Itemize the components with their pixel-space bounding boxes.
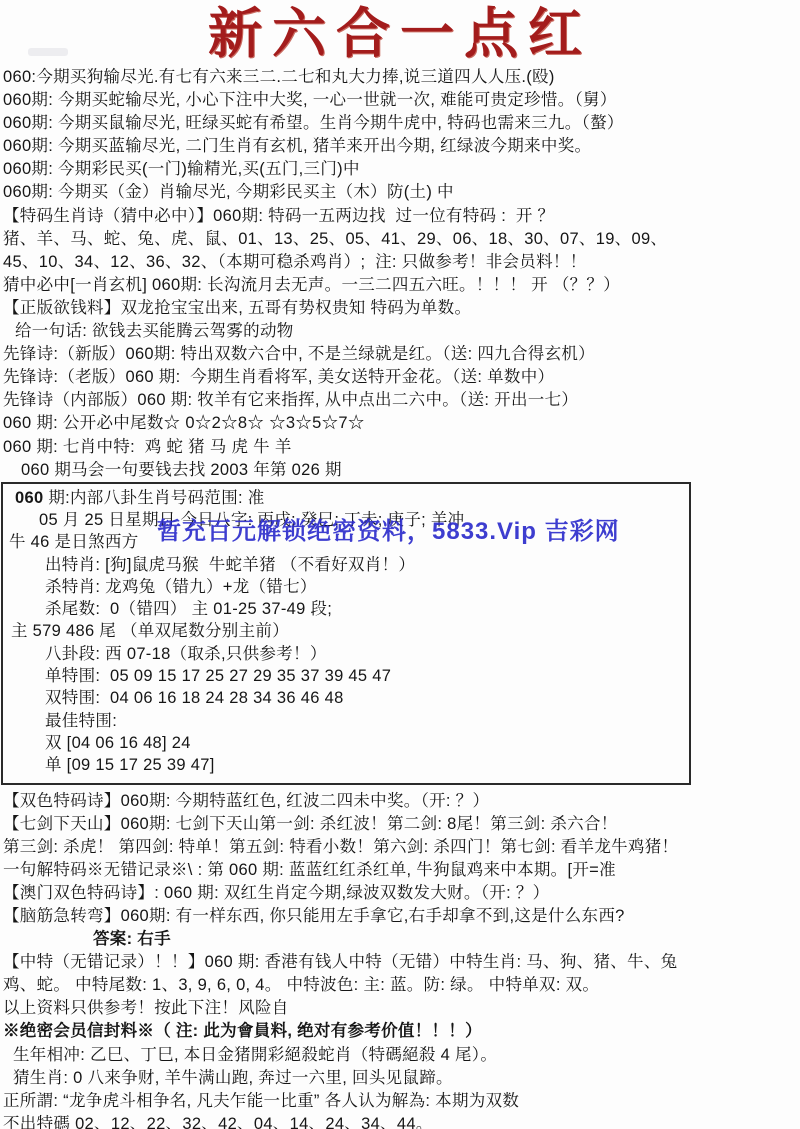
- text-line: 不出特碼 02、12、22、32、42、04、14、24、34、44。: [3, 1113, 800, 1129]
- text-line: 猜生肖: 0 八来争财, 羊牛满山跑, 奔过一六里, 回头见鼠蹄。: [3, 1067, 800, 1090]
- vip-watermark-text: 暂充百元解锁绝密资料，5833.Vip 吉彩网: [157, 511, 620, 546]
- text-line: 双特围: 04 06 16 18 24 28 34 36 46 48: [9, 687, 685, 709]
- text-segment: 猜中必中[一肖玄机] 060期: 长沟流月去无声。一三二四五六旺。！！！ 开 （…: [3, 276, 620, 294]
- text-line: 鸡、蛇。 中特尾数: 1、3, 9, 6, 0, 4。 中特波色: 主: 蓝。防…: [3, 974, 800, 997]
- text-segment: 答案: 右手: [93, 930, 171, 948]
- text-line: 猪、羊、马、蛇、兔、虎、鼠、01、13、25、05、41、29、06、18、30…: [3, 228, 800, 251]
- text-segment: 060 期: 公开必中尾数☆ 0☆2☆8☆ ☆3☆5☆7☆: [3, 414, 365, 432]
- text-line: 单 [09 15 17 25 39 47]: [9, 754, 685, 776]
- page-title: 新六合一点红: [0, 0, 800, 66]
- text-segment: 先锋诗:（老版）060 期: 今期生肖看将军, 美女送特开金花。（送: 单数中）: [3, 368, 554, 386]
- text-segment: 给一句话: 欲钱去买能腾云驾雾的动物: [15, 322, 294, 340]
- text-line: 060:今期买狗输尽光.有七有六来三二.二七和丸大力捧,说三道四人人压.(殴): [3, 66, 800, 89]
- text-segment: 060期: 今期买（金）肖输尽光, 今期彩民买主（木）防(土) 中: [3, 183, 454, 201]
- text-line: 【七剑下天山】060期: 七剑下天山第一剑: 杀红波！第二剑: 8尾！第三剑: …: [3, 813, 800, 836]
- text-segment: 最佳特围:: [45, 712, 117, 730]
- text-segment: 060 期: 七肖中特: 鸡 蛇 猪 马 虎 牛 羊: [3, 438, 292, 456]
- text-segment: 双 [04 06 16 48] 24: [45, 734, 191, 752]
- text-line: 060 期马会一句要钱去找 2003 年第 026 期: [3, 459, 800, 482]
- text-line: 【脑筋急转弯】060期: 有一样东西, 你只能用左手拿它,右手却拿不到,这是什么…: [3, 905, 800, 928]
- text-segment: 一句解特码※无错记录※\ : 第 060 期: 蓝蓝红红杀红单, 牛狗鼠鸡来中本…: [3, 861, 616, 879]
- text-line: 杀尾数: 0（错四） 主 01-25 37-49 段;: [9, 598, 685, 620]
- text-line: 正所謂: “龙争虎斗相争名, 凡夫乍能一比重” 各人认为解為: 本期为双数: [3, 1090, 800, 1113]
- text-line: 第三剑: 杀虎！ 第四剑: 特单！第五剑: 特看小数！第六剑: 杀四门！第七剑:…: [3, 836, 800, 859]
- text-segment: 060: [15, 489, 43, 507]
- text-segment: 单 [09 15 17 25 39 47]: [45, 756, 215, 774]
- text-line: 【澳门双色特码诗】: 060 期: 双红生肖定今期,绿波双数发大财。（开: ？）: [3, 882, 800, 905]
- text-segment: 060期: 今期买蓝输尽光, 二门生肖有玄机, 猪羊来开出今期, 红绿波今期来中…: [3, 137, 591, 155]
- text-segment: 第三剑: 杀虎！ 第四剑: 特单！第五剑: 特看小数！第六剑: 杀四门！第七剑:…: [3, 838, 678, 856]
- text-line: ※绝密会员信封料※（ 注: 此为會員料, 绝对有参考价值！！！）: [3, 1020, 800, 1043]
- text-line: 060期: 今期彩民买(一门)输精光,买(五门,三门)中: [3, 158, 800, 181]
- text-segment: 猪、羊、马、蛇、兔、虎、鼠、01、13、25、05、41、29、06、18、30…: [3, 230, 667, 248]
- bottom-section: 【双色特码诗】060期: 今期特蓝红色, 红波二四未中奖。（开: ？）【七剑下天…: [0, 785, 800, 1129]
- text-line: 先锋诗:（新版）060期: 特出双数六合中, 不是兰绿就是红。（送: 四九合得玄…: [3, 343, 800, 366]
- text-segment: 八卦段: 西 07-18（取杀,只供参考！）: [45, 645, 327, 663]
- text-segment: 主 579 486 尾 （单双尾数分别主前）: [11, 622, 289, 640]
- text-segment: 出特肖: [狗]鼠虎马猴 牛蛇羊猪 （不看好双肖！）: [45, 556, 415, 574]
- text-segment: 【脑筋急转弯】060期: 有一样东西, 你只能用左手拿它,右手却拿不到,这是什么…: [3, 907, 625, 925]
- text-line: 060期: 今期买蓝输尽光, 二门生肖有玄机, 猪羊来开出今期, 红绿波今期来中…: [3, 135, 800, 158]
- text-segment: 先锋诗（内部版）060 期: 牧羊有它来指挥, 从中点出二六中。（送: 开出一七…: [3, 391, 578, 409]
- text-line: 060 期: 七肖中特: 鸡 蛇 猪 马 虎 牛 羊: [3, 436, 800, 459]
- text-line: 【正版欲钱料】双龙抢宝宝出来, 五哥有势权贵知 特码为单数。: [3, 297, 800, 320]
- text-segment: 先锋诗:（新版）060期: 特出双数六合中, 不是兰绿就是红。（送: 四九合得玄…: [3, 345, 595, 363]
- text-segment: 【双色特码诗】060期: 今期特蓝红色, 红波二四未中奖。（开: ？）: [3, 792, 489, 810]
- text-segment: 杀尾数: 0（错四） 主 01-25 37-49 段;: [45, 600, 332, 618]
- text-line: 单特围: 05 09 15 17 25 27 29 35 37 39 45 47: [9, 665, 685, 687]
- top-section: 060:今期买狗输尽光.有七有六来三二.二七和丸大力捧,说三道四人人压.(殴)0…: [0, 66, 800, 482]
- text-line: 【特码生肖诗（猜中必中）】060期: 特码一五两边找 过一位有特码 : 开 ？: [3, 205, 800, 228]
- text-segment: 060:今期买狗输尽光.有七有六来三二.二七和丸大力捧,说三道四人人压.(殴): [3, 68, 555, 86]
- text-segment: 060期: 今期买蛇输尽光, 小心下注中大奖, 一心一世就一次, 难能可贵定珍惜…: [3, 91, 617, 109]
- text-line: 八卦段: 西 07-18（取杀,只供参考！）: [9, 643, 685, 665]
- text-segment: 060期: 今期彩民买(一门)输精光,买(五门,三门)中: [3, 160, 360, 178]
- text-line: 060期: 今期买鼠输尽光, 旺绿买蛇有希望。生肖今期牛虎中, 特码也需来三九。…: [3, 112, 800, 135]
- text-segment: 【正版欲钱料】双龙抢宝宝出来, 五哥有势权贵知 特码为单数。: [3, 299, 471, 317]
- text-segment: 【七剑下天山】060期: 七剑下天山第一剑: 杀红波！第二剑: 8尾！第三剑: …: [3, 815, 618, 833]
- text-segment: 060期: 今期买鼠输尽光, 旺绿买蛇有希望。生肖今期牛虎中, 特码也需来三九。…: [3, 114, 624, 132]
- text-line: 出特肖: [狗]鼠虎马猴 牛蛇羊猪 （不看好双肖！）: [9, 554, 685, 576]
- text-segment: 牛 46 是日煞西方: [9, 533, 139, 551]
- text-line: 先锋诗:（老版）060 期: 今期生肖看将军, 美女送特开金花。（送: 单数中）: [3, 366, 800, 389]
- text-segment: ※绝密会员信封料※（ 注: 此为會員料, 绝对有参考价值！！！）: [3, 1022, 482, 1040]
- text-line: 最佳特围:: [9, 710, 685, 732]
- text-line: 猜中必中[一肖玄机] 060期: 长沟流月去无声。一三二四五六旺。！！！ 开 （…: [3, 274, 800, 297]
- text-segment: 060 期马会一句要钱去找 2003 年第 026 期: [21, 461, 342, 479]
- text-segment: 【特码生肖诗（猜中必中）】060期: 特码一五两边找 过一位有特码 : 开 ？: [3, 207, 554, 225]
- text-line: 45、10、34、12、36、32、（本期可稳杀鸡肖）; 注: 只做参考！非会员…: [3, 251, 800, 274]
- text-line: 先锋诗（内部版）060 期: 牧羊有它来指挥, 从中点出二六中。（送: 开出一七…: [3, 389, 800, 412]
- text-line: 060期: 今期买蛇输尽光, 小心下注中大奖, 一心一世就一次, 难能可贵定珍惜…: [3, 89, 800, 112]
- scan-smudge: [28, 48, 68, 56]
- text-segment: 鸡、蛇。 中特尾数: 1、3, 9, 6, 0, 4。 中特波色: 主: 蓝。防…: [3, 976, 599, 994]
- text-segment: 【澳门双色特码诗】: 060 期: 双红生肖定今期,绿波双数发大财。（开: ？）: [3, 884, 549, 902]
- text-line: 以上资料只供参考！按此下注！风险自: [3, 997, 800, 1020]
- text-line: 双 [04 06 16 48] 24: [9, 732, 685, 754]
- text-line: 给一句话: 欲钱去买能腾云驾雾的动物: [3, 320, 800, 343]
- text-segment: 45、10、34、12、36、32、（本期可稳杀鸡肖）; 注: 只做参考！非会员…: [3, 253, 587, 271]
- text-line: 主 579 486 尾 （单双尾数分别主前）: [9, 620, 685, 642]
- text-segment: 以上资料只供参考！按此下注！风险自: [3, 999, 289, 1017]
- text-segment: 猜生肖: 0 八来争财, 羊牛满山跑, 奔过一六里, 回头见鼠蹄。: [13, 1069, 453, 1087]
- text-segment: 不出特碼 02、12、22、32、42、04、14、24、34、44。: [3, 1115, 433, 1129]
- text-segment: 生年相冲: 乙巳、丁巳, 本日金猪開彩絕殺蛇肖（特碼絕殺 4 尾）。: [13, 1046, 497, 1064]
- text-segment: 双特围: 04 06 16 18 24 28 34 36 46 48: [45, 689, 344, 707]
- text-line: 【中特（无错记录）！！】060 期: 香港有钱人中特（无错）中特生肖: 马、狗、…: [3, 951, 800, 974]
- text-line: 答案: 右手: [3, 928, 800, 951]
- text-line: 杀特肖: 龙鸡兔（错九）+龙（错七）: [9, 576, 685, 598]
- text-line: 生年相冲: 乙巳、丁巳, 本日金猪開彩絕殺蛇肖（特碼絕殺 4 尾）。: [3, 1044, 800, 1067]
- text-line: 060 期: 公开必中尾数☆ 0☆2☆8☆ ☆3☆5☆7☆: [3, 412, 800, 435]
- text-segment: 杀特肖: 龙鸡兔（错九）+龙（错七）: [45, 578, 317, 596]
- lottery-tip-sheet: 新六合一点红 060:今期买狗输尽光.有七有六来三二.二七和丸大力捧,说三道四人…: [0, 0, 800, 1129]
- text-line: 060期: 今期买（金）肖输尽光, 今期彩民买主（木）防(土) 中: [3, 181, 800, 204]
- text-line: 【双色特码诗】060期: 今期特蓝红色, 红波二四未中奖。（开: ？）: [3, 790, 800, 813]
- text-segment: 【中特（无错记录）！！】060 期: 香港有钱人中特（无错）中特生肖: 马、狗、…: [3, 953, 677, 971]
- text-line: 060 期:内部八卦生肖号码范围: 准: [9, 487, 685, 509]
- text-segment: 期:内部八卦生肖号码范围: 准: [43, 489, 264, 507]
- text-line: 一句解特码※无错记录※\ : 第 060 期: 蓝蓝红红杀红单, 牛狗鼠鸡来中本…: [3, 859, 800, 882]
- text-segment: 单特围: 05 09 15 17 25 27 29 35 37 39 45 47: [45, 667, 391, 685]
- text-segment: 正所謂: “龙争虎斗相争名, 凡夫乍能一比重” 各人认为解為: 本期为双数: [3, 1092, 519, 1110]
